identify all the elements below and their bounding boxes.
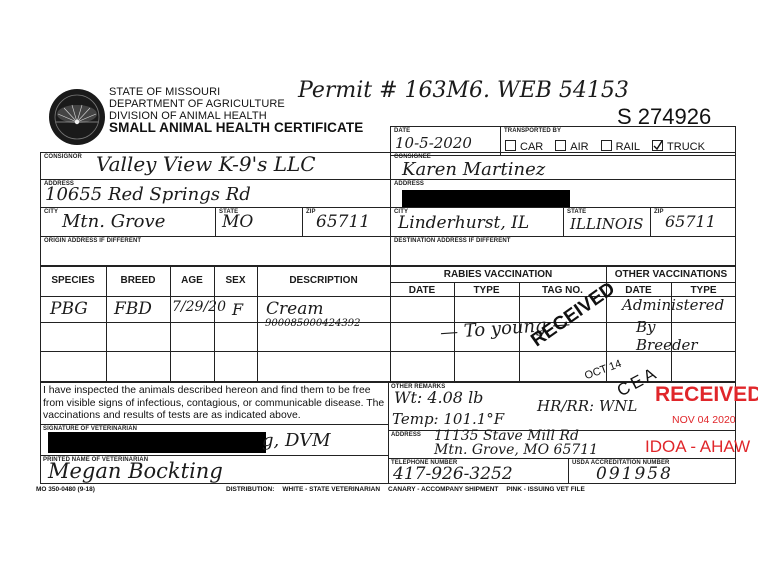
animal-age[interactable]: 7/29/20: [172, 299, 226, 315]
consignee-address-label: ADDRESS: [394, 181, 424, 187]
distribution-canary: CANARY - ACCOMPANY SHIPMENT: [388, 486, 498, 493]
rabies-col-type: TYPE: [454, 285, 519, 296]
consignor-city-label: CITY: [44, 209, 58, 215]
distribution-pink: PINK - ISSUING VET FILE: [506, 486, 584, 493]
consignor-state[interactable]: MO: [222, 212, 253, 232]
received-stamp-red-agency: IDOA - AHAW: [645, 437, 750, 457]
animal-sex[interactable]: F: [232, 300, 243, 319]
consignor-label: CONSIGNOR: [44, 154, 82, 160]
consignee-address-redaction: [402, 190, 570, 207]
consignor-address[interactable]: 10655 Red Springs Rd: [45, 184, 251, 205]
consignor-zip[interactable]: 65711: [316, 212, 370, 232]
printed-name[interactable]: Megan Bockting: [48, 459, 223, 483]
rabies-col-date: DATE: [390, 285, 454, 296]
animal-breed[interactable]: FBD: [114, 299, 152, 319]
col-species: SPECIES: [40, 275, 106, 286]
col-breed: BREED: [106, 275, 170, 286]
distribution-line: DISTRIBUTION: WHITE - STATE VETERINARIAN…: [226, 486, 585, 493]
checkbox-icon[interactable]: [601, 140, 612, 151]
col-sex: SEX: [214, 275, 257, 286]
destination-address-label: DESTINATION ADDRESS IF DIFFERENT: [394, 238, 511, 244]
checkbox-icon[interactable]: [555, 140, 566, 151]
other-vacc-note-1: Administered: [622, 296, 724, 314]
col-description: DESCRIPTION: [257, 275, 390, 286]
col-age: AGE: [170, 275, 214, 286]
consignee-city[interactable]: Linderhurst, IL: [398, 213, 529, 233]
remarks-weight[interactable]: Wt: 4.08 lb: [394, 388, 483, 407]
consignor-city[interactable]: Mtn. Grove: [62, 211, 165, 232]
consignor-zip-label: ZIP: [306, 209, 316, 215]
distribution-label: DISTRIBUTION:: [226, 486, 274, 493]
state-seal-icon: [48, 88, 106, 146]
permit-number: Permit # 163M6. WEB 54153: [298, 78, 629, 103]
other-vacc-col-type: TYPE: [671, 285, 736, 296]
vet-address-label: ADDRESS: [391, 432, 421, 438]
signature-suffix: g, DVM: [262, 430, 331, 451]
consignee-state[interactable]: ILLINOIS: [570, 215, 643, 233]
consignee-zip[interactable]: 65711: [665, 212, 716, 231]
origin-address-label: ORIGIN ADDRESS IF DIFFERENT: [44, 238, 141, 244]
distribution-white: WHITE - STATE VETERINARIAN: [282, 486, 380, 493]
checked-checkbox-icon[interactable]: [652, 140, 663, 151]
consignee-zip-label: ZIP: [654, 209, 664, 215]
form-number: MO 350-0480 (9-18): [36, 486, 95, 493]
animal-description[interactable]: Cream: [266, 299, 323, 319]
animal-microchip[interactable]: 900085000424392: [265, 318, 360, 329]
rabies-group-label: RABIES VACCINATION: [390, 269, 606, 280]
signature-redaction: [48, 432, 266, 453]
other-vacc-group-label: OTHER VACCINATIONS: [606, 269, 736, 280]
phone-value[interactable]: 417-926-3252: [393, 464, 513, 484]
date-value[interactable]: 10-5-2020: [395, 134, 472, 152]
consignee-name[interactable]: Karen Martinez: [402, 159, 545, 180]
received-stamp-red: RECEIVED: [655, 383, 758, 407]
vet-address-line2[interactable]: Mtn. Grove, MO 65711: [434, 442, 598, 458]
animal-species[interactable]: PBG: [50, 299, 88, 319]
other-vacc-note-2: By: [636, 318, 656, 336]
remarks-temp[interactable]: Temp: 101.1°F: [392, 410, 504, 428]
received-stamp-red-date: NOV 04 2020: [672, 414, 736, 426]
form-title: SMALL ANIMAL HEALTH CERTIFICATE: [109, 122, 363, 134]
consignor-name[interactable]: Valley View K-9's LLC: [96, 152, 316, 176]
certification-statement: I have inspected the animals described h…: [43, 385, 387, 423]
transported-by-label: TRANSPORTED BY: [504, 128, 561, 134]
other-vacc-note-3: Breeder: [636, 336, 698, 354]
usda-value[interactable]: 091958: [596, 464, 673, 484]
checkbox-icon[interactable]: [505, 140, 516, 151]
